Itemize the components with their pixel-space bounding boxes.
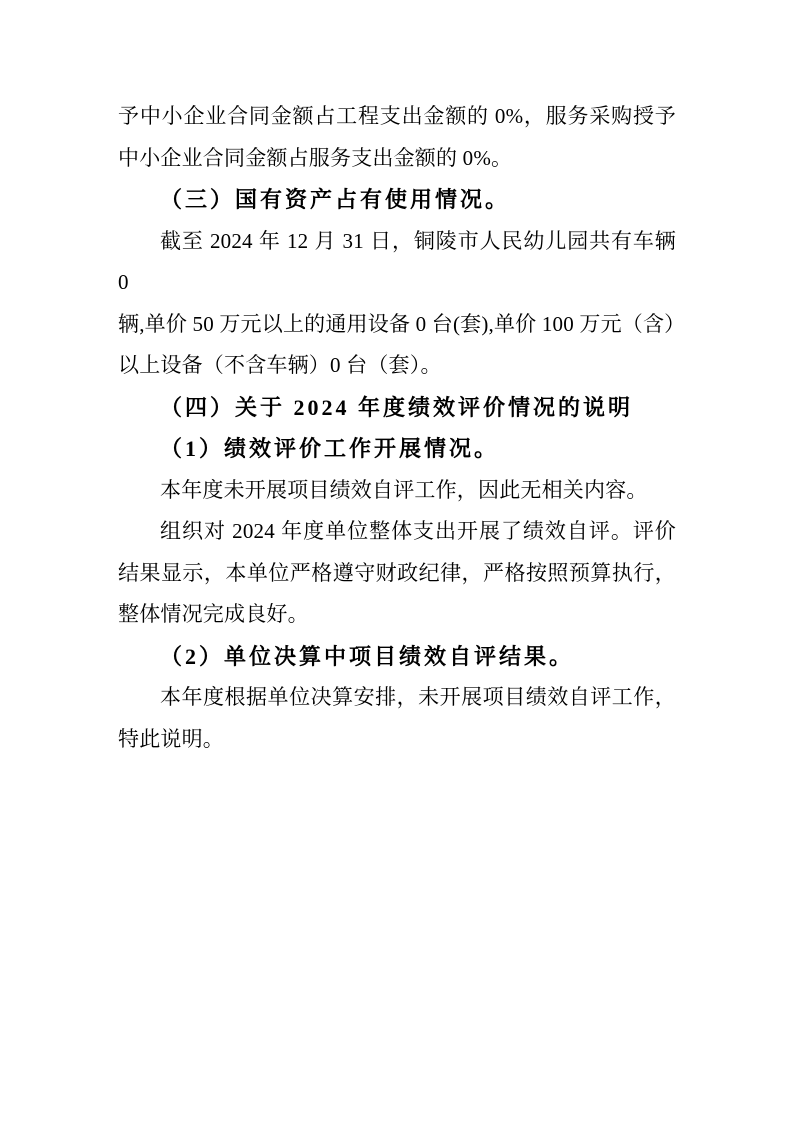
paragraph-overall-evaluation-line-3: 整体情况完成良好。 [118, 594, 676, 636]
subsection-heading-evaluation-work: （1）绩效评价工作开展情况。 [118, 428, 676, 470]
paragraph-assets-line-3: 以上设备（不含车辆）0 台（套）。 [118, 345, 676, 387]
paragraph-final-statement-line-2: 特此说明。 [118, 719, 676, 761]
paragraph-overall-evaluation-line-2: 结果显示，本单位严格遵守财政纪律，严格按照预算执行， [118, 553, 676, 595]
paragraph-assets-line-2: 辆,单价 50 万元以上的通用设备 0 台(套),单价 100 万元（含） [118, 304, 676, 346]
paragraph-no-self-evaluation: 本年度未开展项目绩效自评工作，因此无相关内容。 [118, 470, 676, 512]
paragraph-overall-evaluation-line-1: 组织对 2024 年度单位整体支出开展了绩效自评。评价 [118, 511, 676, 553]
paragraph-final-statement-line-1: 本年度根据单位决算安排，未开展项目绩效自评工作， [118, 677, 676, 719]
document-page: 予中小企业合同金额占工程支出金额的 0%，服务采购授予 中小企业合同金额占服务支… [0, 0, 793, 1122]
section-heading-performance-evaluation: （四）关于 2024 年度绩效评价情况的说明 [118, 387, 676, 429]
paragraph-smb-contracts-line-1: 予中小企业合同金额占工程支出金额的 0%，服务采购授予 [118, 96, 676, 138]
paragraph-smb-contracts-line-2: 中小企业合同金额占服务支出金额的 0%。 [118, 138, 676, 180]
document-text-block: 予中小企业合同金额占工程支出金额的 0%，服务采购授予 中小企业合同金额占服务支… [118, 96, 676, 760]
subsection-heading-self-evaluation-results: （2）单位决算中项目绩效自评结果。 [118, 636, 676, 678]
section-heading-state-assets: （三）国有资产占有使用情况。 [118, 179, 676, 221]
paragraph-assets-line-1: 截至 2024 年 12 月 31 日，铜陵市人民幼儿园共有车辆 0 [118, 221, 676, 304]
